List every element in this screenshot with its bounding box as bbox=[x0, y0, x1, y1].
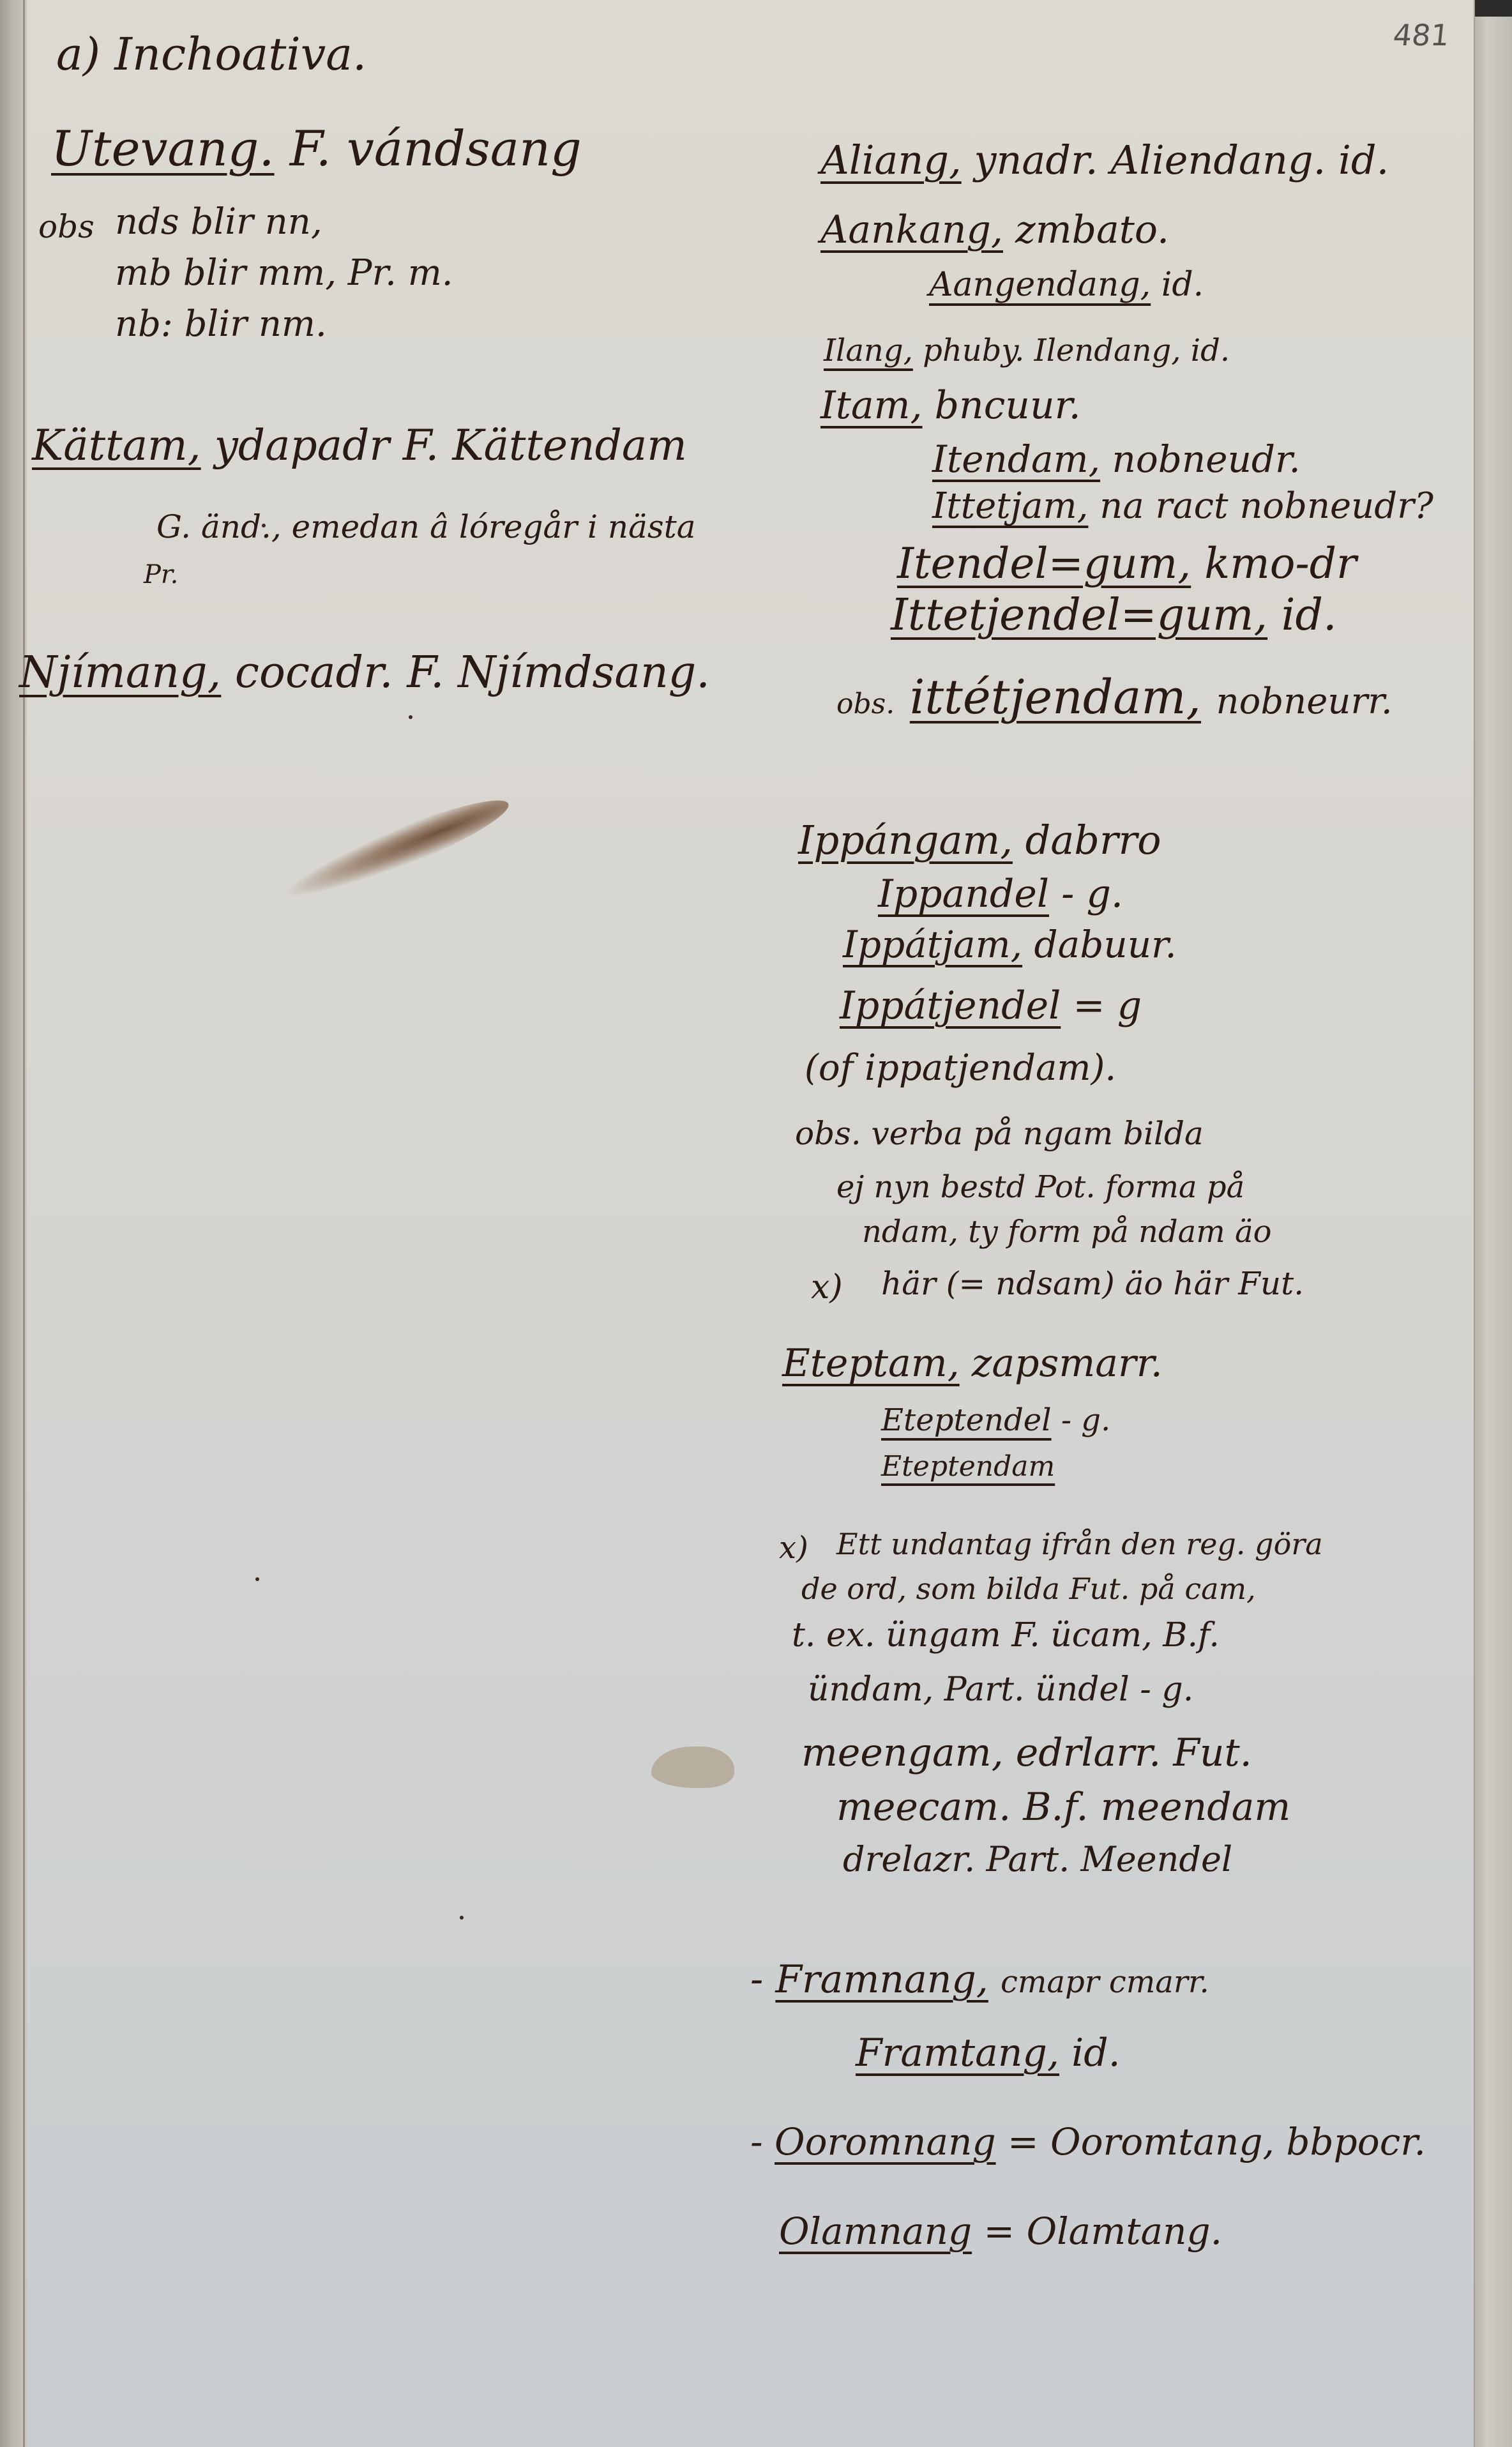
entry-rest: zapsmarr. bbox=[972, 1341, 1163, 1386]
note-line: obs. verba på ngam bilda bbox=[795, 1117, 1204, 1149]
entry-rest: ydapadr F. Kättendam bbox=[215, 421, 687, 470]
headword: Framnang, bbox=[775, 1957, 988, 2002]
entry-ippandel: Ippandel - g. bbox=[878, 875, 1123, 913]
headword: Ittetjam, bbox=[932, 485, 1088, 527]
ink-stain bbox=[276, 786, 516, 913]
headword: Ippátjam, bbox=[843, 923, 1022, 966]
dark-background-corner bbox=[1475, 0, 1512, 17]
dash: - bbox=[750, 1957, 763, 2002]
headword: Itendel=gum, bbox=[897, 539, 1191, 588]
entry-eteptam: Eteptam, zapsmarr. bbox=[782, 1344, 1163, 1383]
entry-njimang: Njímang, cocadr. F. Njímdsang. bbox=[19, 651, 710, 695]
note-line: ej nyn bestd Pot. forma på bbox=[836, 1172, 1244, 1202]
headword: Ittetjendel=gum, bbox=[891, 590, 1267, 640]
ink-speck bbox=[262, 524, 266, 527]
entry-framnang: - Framnang, cmapr cmarr. bbox=[750, 1960, 1209, 1999]
entry-utevang: Utevang. F. vándsang bbox=[51, 125, 582, 173]
entry-ittetjam: Ittetjam, na ract nobneudr? bbox=[932, 489, 1433, 524]
footnote-line: meengam, edrlarr. Fut. bbox=[801, 1734, 1252, 1772]
note-line: mb blir mm, Pr. m. bbox=[115, 255, 453, 291]
entry-ilang: Ilang, phuby. Ilendang, id. bbox=[824, 335, 1230, 366]
headword: ittétjendam, bbox=[910, 670, 1201, 725]
headword: Itendam, bbox=[932, 437, 1100, 481]
ink-speck bbox=[409, 715, 412, 719]
ink-speck bbox=[255, 1577, 259, 1581]
headword: Olamnang bbox=[779, 2209, 972, 2253]
entry-rest: zmbato. bbox=[1015, 208, 1169, 252]
obs-label: obs bbox=[38, 211, 94, 243]
headword: Utevang. bbox=[51, 120, 275, 177]
footnote-marker: x) bbox=[779, 1533, 808, 1563]
headword: Ooromnang bbox=[775, 2120, 996, 2163]
entry-rest: id. bbox=[1281, 590, 1337, 640]
entry-rest: bncuur. bbox=[935, 383, 1081, 428]
footnote-line: meecam. B.f. meendam bbox=[836, 1788, 1290, 1826]
entry-eteptendel: Eteptendel - g. bbox=[881, 1405, 1110, 1436]
entry-rest: nobneurr. bbox=[1216, 681, 1393, 722]
entry-rest: id. bbox=[1071, 2031, 1121, 2075]
entry-rest: - g. bbox=[1061, 872, 1123, 916]
entry-eteptendam: Eteptendam bbox=[881, 1453, 1055, 1481]
entry-ittetjendam: obs. ittétjendam, nobneurr. bbox=[836, 674, 1393, 721]
headword: Itam, bbox=[820, 383, 923, 428]
headword: Kättam, bbox=[32, 421, 201, 470]
entry-aangendang: Aangendang, id. bbox=[929, 268, 1204, 301]
entry-rest: dabrro bbox=[1025, 817, 1161, 863]
footnote-line: ündam, Part. ündel - g. bbox=[808, 1673, 1193, 1706]
headword: Eteptendam bbox=[881, 1450, 1055, 1483]
entry-itam: Itam, bncuur. bbox=[820, 386, 1081, 425]
manuscript-page: 481 a) Inchoativa. Utevang. F. vándsang … bbox=[0, 0, 1512, 2447]
headword: Framtang, bbox=[856, 2031, 1059, 2075]
headword: Njímang, bbox=[19, 648, 221, 698]
dash: - bbox=[750, 2120, 763, 2163]
section-heading: a) Inchoativa. bbox=[56, 32, 367, 77]
entry-rest: na ract nobneudr? bbox=[1100, 485, 1433, 527]
ink-speck bbox=[460, 1916, 464, 1920]
headword: Aankang, bbox=[820, 208, 1003, 252]
entry-itendam: Itendam, nobneudr. bbox=[932, 441, 1301, 478]
note-line: Pr. bbox=[144, 562, 178, 587]
headword: Aangendang, bbox=[929, 266, 1151, 304]
entry-aliang: Aliang, ynadr. Aliendang. id. bbox=[820, 140, 1389, 180]
entry-rest: phuby. Ilendang, id. bbox=[923, 333, 1230, 368]
binding-fold-line bbox=[23, 0, 25, 2447]
headword: Ilang, bbox=[824, 333, 913, 368]
headword: Eteptendel bbox=[881, 1402, 1052, 1438]
obs-label: obs. bbox=[836, 688, 895, 720]
headword: Aliang, bbox=[820, 137, 962, 183]
headword: Ippángam, bbox=[798, 817, 1013, 863]
headword: Ippátjendel bbox=[840, 983, 1061, 1028]
entry-rest: - g. bbox=[1061, 1402, 1110, 1438]
footnote-line: t. ex. üngam F. ücam, B.f. bbox=[792, 1619, 1220, 1652]
entry-olamnang: Olamnang = Olamtang. bbox=[779, 2213, 1222, 2250]
footnote-line: de ord, som bilda Fut. på cam, bbox=[801, 1574, 1256, 1603]
entry-rest: kmo-dr bbox=[1204, 539, 1356, 588]
entry-rest: = Olamtang. bbox=[984, 2209, 1223, 2253]
entry-rest: ynadr. Aliendang. id. bbox=[974, 137, 1389, 183]
note-line: G. änd., emedan â lóregår i nästa bbox=[156, 511, 696, 543]
entry-rest: id. bbox=[1161, 266, 1204, 304]
footnote-line: Ett undantag ifrån den reg. göra bbox=[836, 1529, 1323, 1559]
entry-ippatjam: Ippátjam, dabuur. bbox=[843, 926, 1177, 963]
entry-rest: F. vándsang bbox=[290, 120, 582, 177]
entry-ippatjendam-note: (of ippatjendam). bbox=[805, 1050, 1116, 1086]
entry-ittetjendel-gum: Ittetjendel=gum, id. bbox=[891, 594, 1337, 637]
paper-stain bbox=[651, 1746, 734, 1788]
note-line: här (= ndsam) äo här Fut. bbox=[881, 1268, 1304, 1299]
entry-rest: cmapr cmarr. bbox=[1001, 1964, 1209, 2000]
entry-aankang: Aankang, zmbato. bbox=[820, 211, 1169, 249]
entry-rest: = Ooromtang, bbpocr. bbox=[1008, 2120, 1426, 2163]
headword: Eteptam, bbox=[782, 1341, 960, 1386]
note-line: nb: blir nm. bbox=[115, 307, 327, 342]
page-number: 481 bbox=[1391, 18, 1451, 52]
entry-framtang: Framtang, id. bbox=[856, 2034, 1121, 2072]
headword: Ippandel bbox=[878, 872, 1049, 916]
entry-ooromnang: - Ooromnang = Ooromtang, bbpocr. bbox=[750, 2123, 1426, 2160]
entry-rest: cocadr. F. Njímdsang. bbox=[235, 648, 710, 698]
note-line: nds blir nn, bbox=[115, 204, 322, 240]
entry-rest: dabuur. bbox=[1034, 923, 1177, 966]
page-edge-strip bbox=[1474, 0, 1512, 2447]
entry-ippatjendel: Ippátjendel = g bbox=[840, 987, 1142, 1025]
note-line: ndam, ty form på ndam äo bbox=[862, 1216, 1271, 1247]
entry-rest: nobneudr. bbox=[1112, 437, 1300, 481]
entry-ippangam: Ippángam, dabrro bbox=[798, 821, 1161, 860]
entry-itendel-gum: Itendel=gum, kmo-dr bbox=[897, 543, 1357, 585]
entry-rest: = g bbox=[1073, 983, 1142, 1028]
entry-kattam: Kättam, ydapadr F. Kättendam bbox=[32, 425, 687, 467]
footnote-marker: x) bbox=[811, 1271, 843, 1304]
footnote-line: drelazr. Part. Meendel bbox=[843, 1842, 1232, 1877]
